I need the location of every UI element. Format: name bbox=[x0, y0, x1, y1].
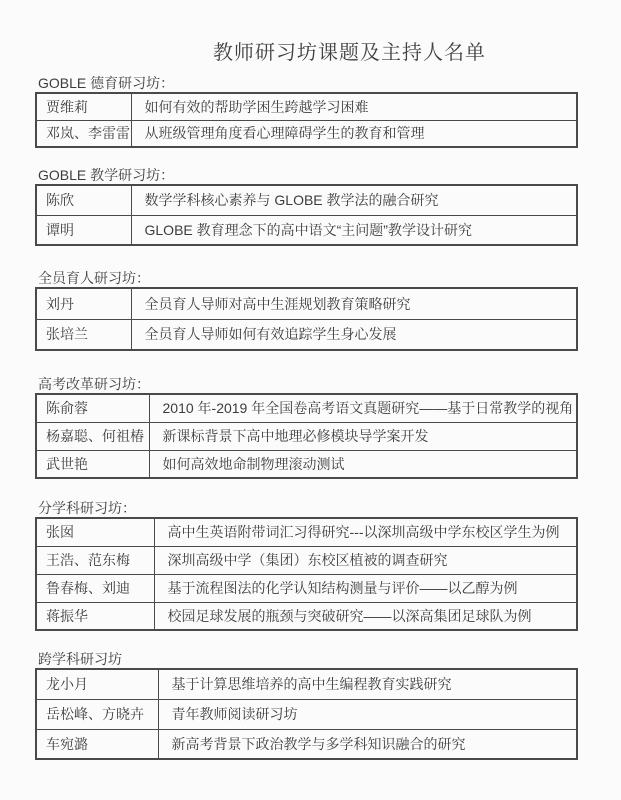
host-name-cell: 张囡 bbox=[36, 518, 154, 546]
host-name-cell: 邓岚、李雷雷 bbox=[36, 120, 131, 147]
topic-cell: GLOBE 教育理念下的高中语文“主问题”教学设计研究 bbox=[131, 215, 577, 245]
host-name-cell: 武世艳 bbox=[36, 450, 149, 478]
topic-cell: 数学学科核心素养与 GLOBE 教学法的融合研究 bbox=[131, 185, 577, 215]
section-label: 跨学科研习坊 bbox=[35, 652, 578, 667]
workshop-table-body: 龙小月 基于计算思维培养的高中生编程教育实践研究 岳松峰、方晓卉 青年教师阅读研… bbox=[36, 669, 577, 759]
host-name-cell: 杨嘉聪、何祖椿 bbox=[36, 422, 149, 450]
topic-cell: 新课标背景下高中地理必修模块导学案开发 bbox=[149, 422, 577, 450]
topic-cell: 校园足球发展的瓶颈与突破研究——以深高集团足球队为例 bbox=[154, 602, 577, 630]
table-row: 武世艳 如何高效地命制物理滚动测试 bbox=[36, 450, 577, 478]
table-row: 刘丹 全员育人导师对高中生涯规划教育策略研究 bbox=[36, 288, 577, 319]
table-row: 王浩、范东梅 深圳高级中学（集团）东校区植被的调查研究 bbox=[36, 546, 577, 574]
table-row: 杨嘉聪、何祖椿 新课标背景下高中地理必修模块导学案开发 bbox=[36, 422, 577, 450]
table-row: 邓岚、李雷雷 从班级管理角度看心理障碍学生的教育和管理 bbox=[36, 120, 577, 147]
workshop-table: 陈欣 数学学科核心素养与 GLOBE 教学法的融合研究 谭明 GLOBE 教育理… bbox=[35, 184, 578, 246]
section-label: 分学科研习坊： bbox=[35, 501, 578, 516]
workshop-table: 龙小月 基于计算思维培养的高中生编程教育实践研究 岳松峰、方晓卉 青年教师阅读研… bbox=[35, 668, 578, 760]
workshop-table: 张囡 高中生英语附带词汇习得研究---以深圳高级中学东校区学生为例 王浩、范东梅… bbox=[35, 517, 578, 631]
topic-cell: 如何有效的帮助学困生跨越学习困难 bbox=[131, 93, 577, 120]
topic-cell: 基于计算思维培养的高中生编程教育实践研究 bbox=[158, 669, 577, 699]
table-row: 岳松峰、方晓卉 青年教师阅读研习坊 bbox=[36, 699, 577, 729]
table-row: 龙小月 基于计算思维培养的高中生编程教育实践研究 bbox=[36, 669, 577, 699]
table-row: 鲁春梅、刘迪 基于流程图法的化学认知结构测量与评价——以乙醇为例 bbox=[36, 574, 577, 602]
workshop-table: 刘丹 全员育人导师对高中生涯规划教育策略研究 张培兰 全员育人导师如何有效追踪学… bbox=[35, 287, 578, 351]
host-name-cell: 陈俞蓉 bbox=[36, 394, 149, 422]
host-name-cell: 龙小月 bbox=[36, 669, 158, 699]
section-label: 全员育人研习坊： bbox=[35, 271, 578, 286]
table-row: 贾维莉 如何有效的帮助学困生跨越学习困难 bbox=[36, 93, 577, 120]
topic-cell: 青年教师阅读研习坊 bbox=[158, 699, 577, 729]
topic-cell: 基于流程图法的化学认知结构测量与评价——以乙醇为例 bbox=[154, 574, 577, 602]
workshop-section: 跨学科研习坊 龙小月 基于计算思维培养的高中生编程教育实践研究 岳松峰、方晓卉 … bbox=[35, 652, 578, 760]
workshop-section: GOBLE 德育研习坊： 贾维莉 如何有效的帮助学困生跨越学习困难 邓岚、李雷雷… bbox=[35, 76, 578, 148]
host-name-cell: 谭明 bbox=[36, 215, 131, 245]
topic-cell: 新高考背景下政治教学与多学科知识融合的研究 bbox=[158, 729, 577, 759]
workshop-table-body: 贾维莉 如何有效的帮助学困生跨越学习困难 邓岚、李雷雷 从班级管理角度看心理障碍… bbox=[36, 93, 577, 147]
workshop-section: GOBLE 教学研习坊： 陈欣 数学学科核心素养与 GLOBE 教学法的融合研究… bbox=[35, 168, 578, 246]
table-row: 蒋振华 校园足球发展的瓶颈与突破研究——以深高集团足球队为例 bbox=[36, 602, 577, 630]
table-row: 车宛潞 新高考背景下政治教学与多学科知识融合的研究 bbox=[36, 729, 577, 759]
workshop-table-body: 陈俞蓉 2010 年-2019 年全国卷高考语文真题研究——基于日常教学的视角 … bbox=[36, 394, 577, 478]
host-name-cell: 岳松峰、方晓卉 bbox=[36, 699, 158, 729]
host-name-cell: 蒋振华 bbox=[36, 602, 154, 630]
topic-cell: 深圳高级中学（集团）东校区植被的调查研究 bbox=[154, 546, 577, 574]
topic-cell: 高中生英语附带词汇习得研究---以深圳高级中学东校区学生为例 bbox=[154, 518, 577, 546]
topic-cell: 从班级管理角度看心理障碍学生的教育和管理 bbox=[131, 120, 577, 147]
table-row: 陈俞蓉 2010 年-2019 年全国卷高考语文真题研究——基于日常教学的视角 bbox=[36, 394, 577, 422]
topic-cell: 2010 年-2019 年全国卷高考语文真题研究——基于日常教学的视角 bbox=[149, 394, 577, 422]
table-row: 陈欣 数学学科核心素养与 GLOBE 教学法的融合研究 bbox=[36, 185, 577, 215]
topic-cell: 全员育人导师如何有效追踪学生身心发展 bbox=[131, 319, 577, 350]
host-name-cell: 车宛潞 bbox=[36, 729, 158, 759]
workshop-section: 高考改革研习坊： 陈俞蓉 2010 年-2019 年全国卷高考语文真题研究——基… bbox=[35, 377, 578, 479]
topic-cell: 如何高效地命制物理滚动测试 bbox=[149, 450, 577, 478]
table-row: 张囡 高中生英语附带词汇习得研究---以深圳高级中学东校区学生为例 bbox=[36, 518, 577, 546]
host-name-cell: 陈欣 bbox=[36, 185, 131, 215]
workshop-table: 贾维莉 如何有效的帮助学困生跨越学习困难 邓岚、李雷雷 从班级管理角度看心理障碍… bbox=[35, 92, 578, 148]
host-name-cell: 张培兰 bbox=[36, 319, 131, 350]
topic-cell: 全员育人导师对高中生涯规划教育策略研究 bbox=[131, 288, 577, 319]
workshop-section: 分学科研习坊： 张囡 高中生英语附带词汇习得研究---以深圳高级中学东校区学生为… bbox=[35, 501, 578, 631]
host-name-cell: 刘丹 bbox=[36, 288, 131, 319]
workshop-table: 陈俞蓉 2010 年-2019 年全国卷高考语文真题研究——基于日常教学的视角 … bbox=[35, 393, 578, 479]
workshop-section: 全员育人研习坊： 刘丹 全员育人导师对高中生涯规划教育策略研究 张培兰 全员育人… bbox=[35, 271, 578, 351]
table-row: 张培兰 全员育人导师如何有效追踪学生身心发展 bbox=[36, 319, 577, 350]
workshop-table-body: 陈欣 数学学科核心素养与 GLOBE 教学法的融合研究 谭明 GLOBE 教育理… bbox=[36, 185, 577, 245]
host-name-cell: 王浩、范东梅 bbox=[36, 546, 154, 574]
host-name-cell: 贾维莉 bbox=[36, 93, 131, 120]
section-label: GOBLE 教学研习坊： bbox=[35, 168, 578, 183]
section-label: GOBLE 德育研习坊： bbox=[35, 76, 578, 91]
workshop-table-body: 刘丹 全员育人导师对高中生涯规划教育策略研究 张培兰 全员育人导师如何有效追踪学… bbox=[36, 288, 577, 350]
host-name-cell: 鲁春梅、刘迪 bbox=[36, 574, 154, 602]
page-title: 教师研习坊课题及主持人名单 bbox=[0, 36, 621, 65]
section-label: 高考改革研习坊： bbox=[35, 377, 578, 392]
workshop-table-body: 张囡 高中生英语附带词汇习得研究---以深圳高级中学东校区学生为例 王浩、范东梅… bbox=[36, 518, 577, 630]
table-row: 谭明 GLOBE 教育理念下的高中语文“主问题”教学设计研究 bbox=[36, 215, 577, 245]
